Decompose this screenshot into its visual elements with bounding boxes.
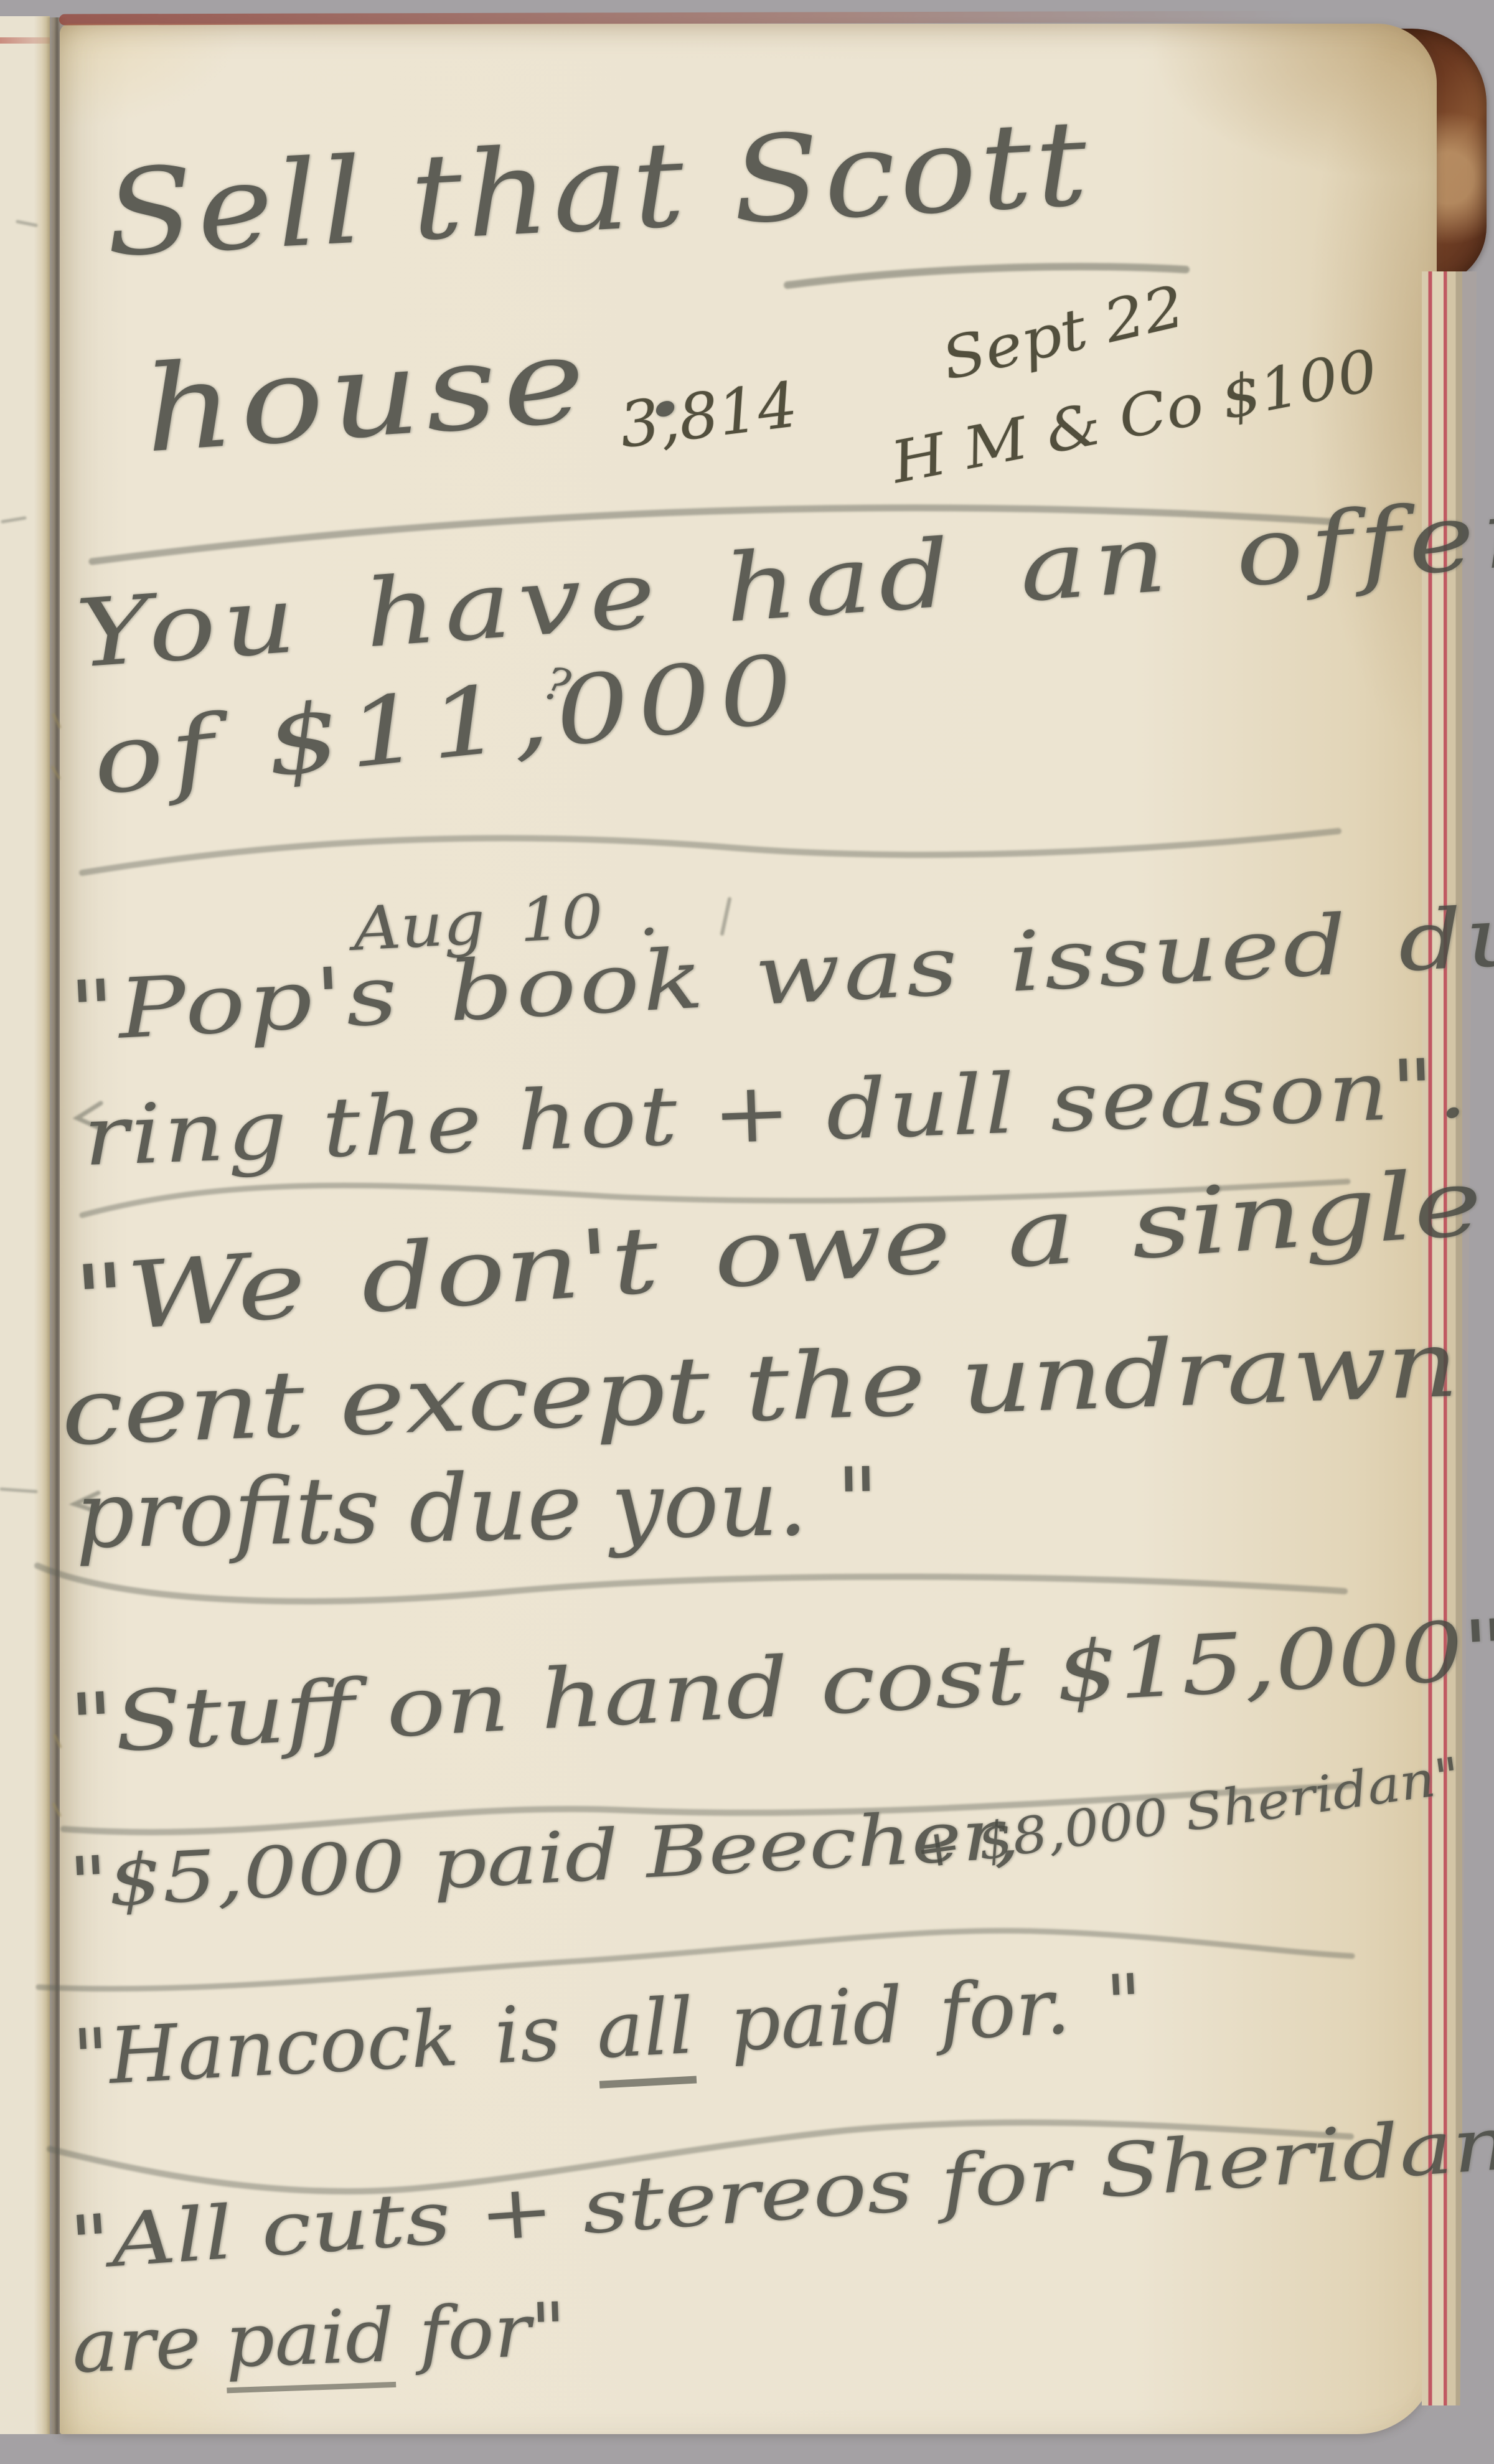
cuts-quote-line-2: are paid for" bbox=[71, 2292, 568, 2383]
heading-line-2: house . bbox=[140, 314, 695, 470]
cuts-post: for" bbox=[393, 2286, 568, 2378]
owe-quote-line-3: profits due you. " bbox=[75, 1455, 880, 1561]
cuts-pre: are bbox=[71, 2298, 227, 2389]
facing-page-red-edge bbox=[0, 37, 50, 44]
hancock-underlined-word: all bbox=[594, 1982, 697, 2089]
cuts-underlined-word: paid bbox=[223, 2292, 396, 2393]
facing-page-edge bbox=[0, 16, 50, 2434]
notebook-scan: Sell that Scott house . 3,814 Sept 22 H … bbox=[0, 0, 1494, 2464]
